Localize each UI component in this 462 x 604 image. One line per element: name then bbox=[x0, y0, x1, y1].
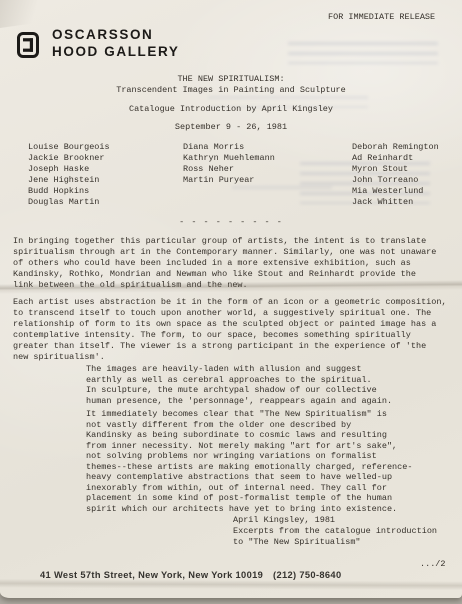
bleed-through-smudge bbox=[288, 42, 438, 64]
artist-column-2: Diana Morris Kathryn Muehlemann Ross Neh… bbox=[183, 142, 275, 186]
dashed-divider: - - - - - - - - - bbox=[0, 217, 462, 228]
artist-column-1: Louise Bourgeois Jackie Brookner Joseph … bbox=[28, 142, 110, 208]
body-paragraph-1: In bringing together this particular gro… bbox=[13, 236, 459, 291]
indented-excerpt-2: It immediately becomes clear that "The N… bbox=[86, 409, 436, 514]
catalogue-credit: Catalogue Introduction by April Kingsley bbox=[0, 104, 462, 115]
paper-corner-fold bbox=[0, 0, 74, 30]
exhibition-title: THE NEW SPIRITUALISM: Transcendent Image… bbox=[0, 74, 462, 96]
exhibition-dates: September 9 - 26, 1981 bbox=[0, 122, 462, 133]
body-paragraph-2: Each artist uses abstraction be it in th… bbox=[13, 297, 459, 362]
scanned-press-release: { "page": { "release_label": "FOR IMMEDI… bbox=[0, 0, 462, 604]
page-marker: .../2 bbox=[420, 559, 446, 570]
gallery-name: OSCARSSON HOOD GALLERY bbox=[52, 27, 179, 60]
bleed-through-smudge bbox=[232, 186, 332, 196]
artist-column-3: Deborah Remington Ad Reinhardt Myron Sto… bbox=[352, 142, 439, 208]
release-label: FOR IMMEDIATE RELEASE bbox=[328, 12, 435, 23]
paper-sheet: FOR IMMEDIATE RELEASE OSCARSSON HOOD GAL… bbox=[0, 0, 462, 598]
signature-block: April Kingsley, 1981 Excerpts from the c… bbox=[233, 515, 437, 548]
indented-excerpt-1: The images are heavily-laden with allusi… bbox=[86, 364, 426, 406]
gallery-phone: (212) 750-8640 bbox=[273, 570, 341, 580]
paper-fold-crease-bottom bbox=[0, 579, 462, 590]
gallery-address: 41 West 57th Street, New York, New York … bbox=[40, 570, 263, 580]
oh-monogram-icon bbox=[17, 32, 39, 58]
